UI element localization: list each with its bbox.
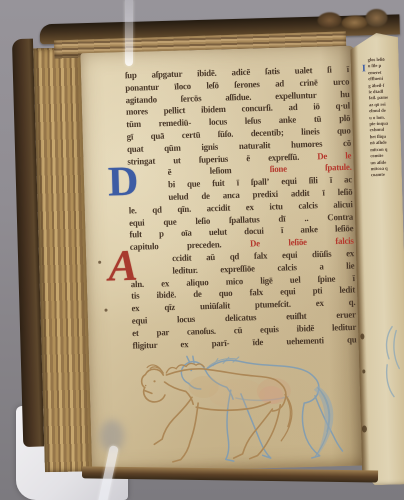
recto-text: glos leſiōu ſile pemereteffluenig ābeil·… bbox=[368, 56, 404, 293]
horses-illustration bbox=[133, 348, 366, 469]
illuminated-initial-d: D bbox=[107, 161, 139, 204]
stain-spot bbox=[362, 369, 365, 373]
wormhole bbox=[104, 309, 107, 312]
stain-spot bbox=[362, 425, 367, 432]
open-book: ſup aſpgatur ibidē. adicē ſatis ualet ſi… bbox=[0, 0, 404, 500]
illuminated-initial-a: A bbox=[108, 244, 139, 289]
recto-initial: I bbox=[362, 63, 366, 74]
plastic-clip-top bbox=[125, 0, 133, 66]
manuscript-photo: ſup aſpgatur ibidē. adicē ſatis ualet ſi… bbox=[0, 0, 404, 500]
stain-spot bbox=[360, 333, 364, 339]
wormhole bbox=[98, 261, 101, 264]
recto-line: coamte bbox=[371, 172, 401, 179]
manuscript-text: ſup aſpgatur ibidē. adicē ſatis ualet ſi… bbox=[125, 64, 357, 352]
foreground-horse bbox=[141, 361, 293, 463]
recto-sketch-fragment bbox=[372, 320, 404, 401]
page-block-bottom-edge bbox=[82, 466, 378, 482]
